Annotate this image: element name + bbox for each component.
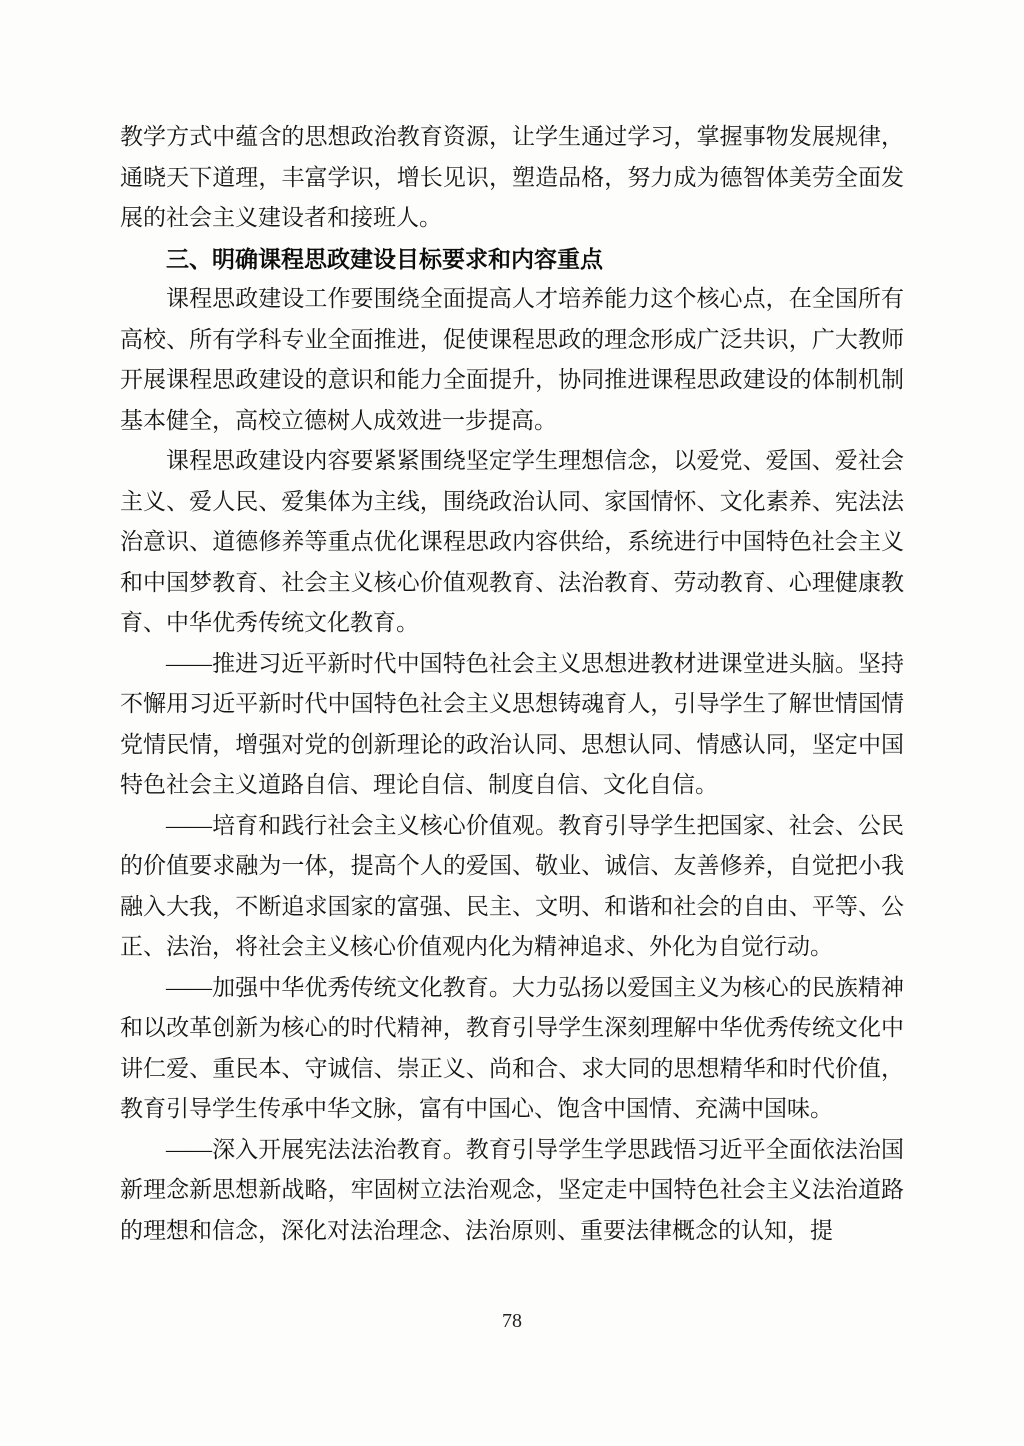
document-page: 教学方式中蕴含的思想政治教育资源，让学生通过学习，掌握事物发展规律，通晓天下道理… — [0, 0, 1024, 1446]
paragraph: ——推进习近平新时代中国特色社会主义思想进教材进课堂进头脑。坚持不懈用习近平新时… — [120, 644, 904, 806]
paragraph: ——深入开展宪法法治教育。教育引导学生学思践悟习近平全面依法治国新理念新思想新战… — [120, 1130, 904, 1252]
section-heading: 三、明确课程思政建设目标要求和内容重点 — [120, 239, 904, 280]
paragraph: ——培育和践行社会主义核心价值观。教育引导学生把国家、社会、公民的价值要求融为一… — [120, 806, 904, 968]
paragraph: 课程思政建设工作要围绕全面提高人才培养能力这个核心点，在全国所有高校、所有学科专… — [120, 279, 904, 441]
paragraph: 课程思政建设内容要紧紧围绕坚定学生理想信念，以爱党、爱国、爱社会主义、爱人民、爱… — [120, 441, 904, 644]
paragraph: 教学方式中蕴含的思想政治教育资源，让学生通过学习，掌握事物发展规律，通晓天下道理… — [120, 117, 904, 239]
page-number: 78 — [0, 1310, 1024, 1333]
document-body: 教学方式中蕴含的思想政治教育资源，让学生通过学习，掌握事物发展规律，通晓天下道理… — [120, 117, 904, 1251]
paragraph: ——加强中华优秀传统文化教育。大力弘扬以爱国主义为核心的民族精神和以改革创新为核… — [120, 968, 904, 1130]
